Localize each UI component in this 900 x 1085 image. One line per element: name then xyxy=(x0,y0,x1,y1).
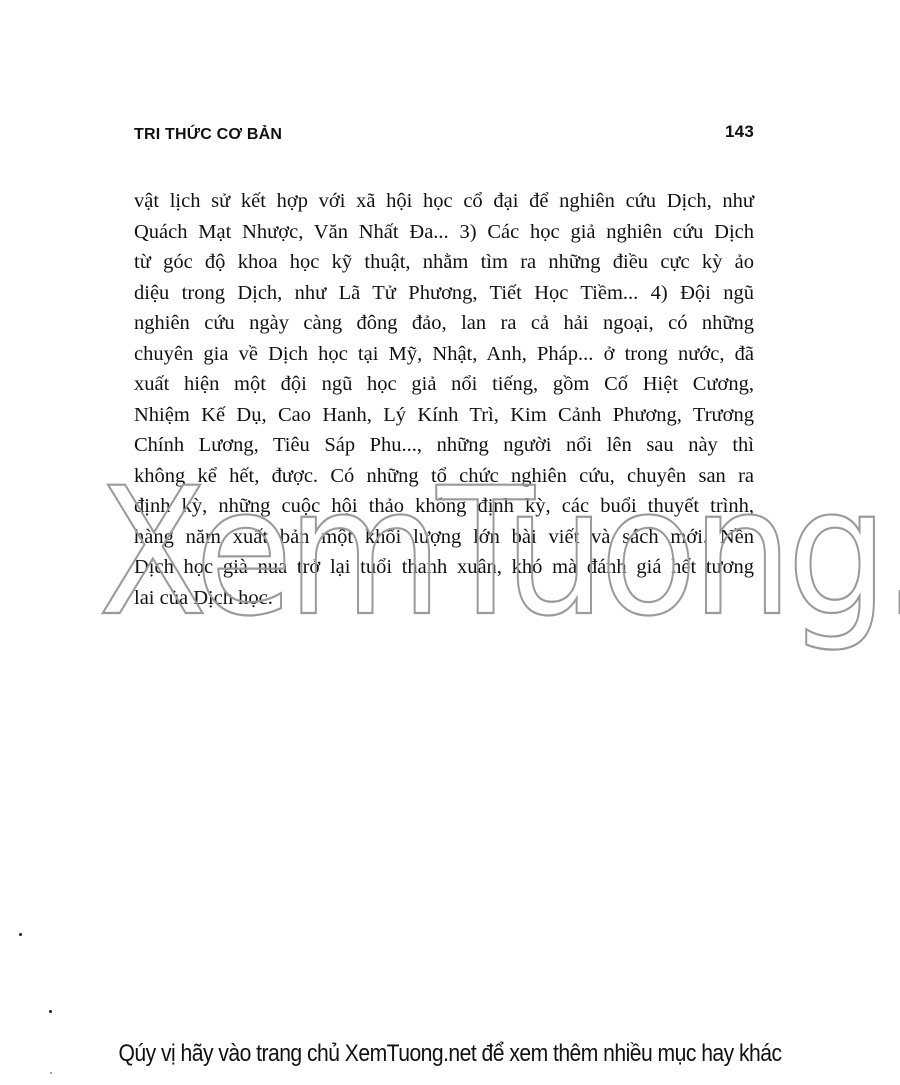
text-line: nghiên cứu ngày càng đông đảo, lan ra cả… xyxy=(134,308,754,339)
running-title: TRI THỨC CƠ BẢN xyxy=(134,126,282,144)
running-header: TRI THỨC CƠ BẢN 143 xyxy=(134,122,754,150)
scan-speck xyxy=(49,1010,52,1013)
text-line: diệu trong Dịch, như Lã Tử Phương, Tiết … xyxy=(134,278,754,309)
scan-speck xyxy=(19,933,22,936)
text-line: hàng năm xuất bản một khối lượng lớn bài… xyxy=(134,522,754,553)
page-number: 143 xyxy=(725,122,754,142)
text-line: không kể hết, được. Có những tổ chức ngh… xyxy=(134,461,754,492)
text-line: xuất hiện một đội ngũ học giả nổi tiếng,… xyxy=(134,369,754,400)
footer-note: Qúy vị hãy vào trang chủ XemTuong.net để… xyxy=(54,1040,846,1068)
text-line: vật lịch sử kết hợp với xã hội học cổ đạ… xyxy=(134,186,754,217)
scan-speck xyxy=(50,1072,52,1074)
text-line: định kỳ, những cuộc hội thảo không định … xyxy=(134,491,754,522)
body-paragraph: vật lịch sử kết hợp với xã hội học cổ đạ… xyxy=(134,186,754,613)
text-line: Chính Lương, Tiêu Sáp Phu..., những ngườ… xyxy=(134,430,754,461)
text-line: từ góc độ khoa học kỹ thuật, nhằm tìm ra… xyxy=(134,247,754,278)
text-line: Nhiệm Kế Dụ, Cao Hanh, Lý Kính Trì, Kim … xyxy=(134,400,754,431)
text-line: Dịch học già nua trở lại tuổi thanh xuân… xyxy=(134,552,754,583)
text-line: chuyên gia về Dịch học tại Mỹ, Nhật, Anh… xyxy=(134,339,754,370)
text-line: lai của Dịch học. xyxy=(134,583,754,614)
book-page: TRI THỨC CƠ BẢN 143 vật lịch sử kết hợp … xyxy=(0,0,900,1085)
text-line: Quách Mạt Nhược, Văn Nhất Đa... 3) Các h… xyxy=(134,217,754,248)
